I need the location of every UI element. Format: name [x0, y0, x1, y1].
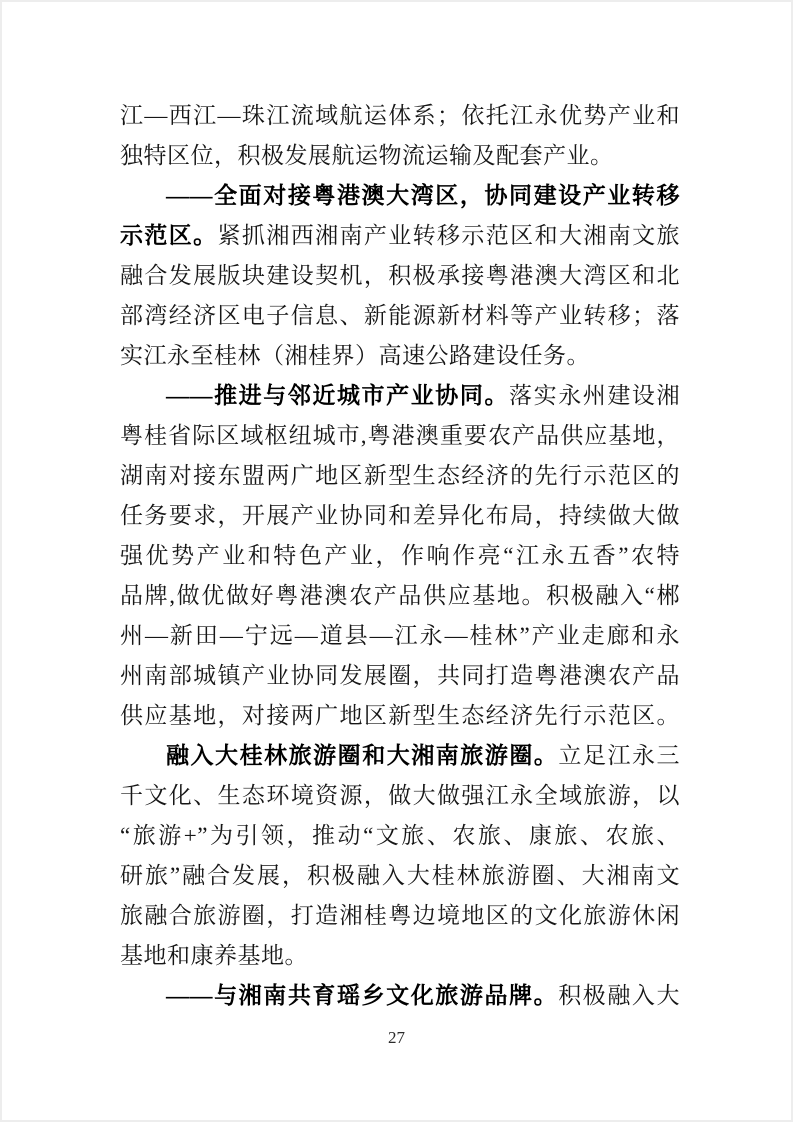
text-segment: 基地和康养基地。	[120, 943, 308, 968]
text-segment: 州—新田—宁远—道县—江永—桂林”产业走廊和永	[120, 623, 680, 648]
text-segment: 任务要求，开展产业协同和差异化布局，持续做大做	[120, 503, 680, 528]
text-line: 品牌,做优做好粤港澳农产品供应基地。积极融入“郴	[120, 576, 680, 616]
page-number: 27	[2, 1028, 791, 1048]
text-line: 旅融合旅游圈，打造湘桂粤边境地区的文化旅游休闲	[120, 896, 680, 936]
heading-segment: 融入大桂林旅游圈和大湘南旅游圈。	[166, 743, 558, 768]
text-segment: 独特区位，积极发展航运物流运输及配套产业。	[120, 143, 614, 168]
text-line: ——推进与邻近城市产业协同。落实永州建设湘	[120, 376, 680, 416]
text-line: 部湾经济区电子信息、新能源新材料等产业转移；落	[120, 296, 680, 336]
text-segment: 供应基地，对接两广地区新型生态经济先行示范区。	[120, 703, 680, 728]
heading-segment: ——推进与邻近城市产业协同。	[166, 383, 509, 408]
text-segment: 研旅”融合发展，积极融入大桂林旅游圈、大湘南文	[120, 863, 680, 888]
text-segment: 融合发展版块建设契机，积极承接粤港澳大湾区和北	[120, 263, 680, 288]
text-segment: 立足江永三	[558, 743, 680, 768]
text-segment: 江—西江—珠江流域航运体系；依托江永优势产业和	[120, 103, 680, 128]
text-block: 江—西江—珠江流域航运体系；依托江永优势产业和独特区位，积极发展航运物流运输及配…	[120, 96, 680, 1016]
text-segment: 部湾经济区电子信息、新能源新材料等产业转移；落	[120, 303, 680, 328]
text-line: ——全面对接粤港澳大湾区，协同建设产业转移	[120, 176, 680, 216]
text-line: 千文化、生态环境资源，做大做强江永全域旅游，以	[120, 776, 680, 816]
text-segment: 州南部城镇产业协同发展圈，共同打造粤港澳农产品	[120, 663, 680, 688]
text-segment: 积极融入大	[558, 983, 680, 1008]
text-segment: “旅游+”为引领，推动“文旅、农旅、康旅、农旅、	[120, 823, 680, 848]
heading-segment: 示范区。	[120, 223, 218, 248]
text-line: 基地和康养基地。	[120, 936, 680, 976]
text-line: 融合发展版块建设契机，积极承接粤港澳大湾区和北	[120, 256, 680, 296]
text-line: 强优势产业和特色产业，作响作亮“江永五香”农特	[120, 536, 680, 576]
text-line: 州南部城镇产业协同发展圈，共同打造粤港澳农产品	[120, 656, 680, 696]
text-line: 研旅”融合发展，积极融入大桂林旅游圈、大湘南文	[120, 856, 680, 896]
text-segment: 落实永州建设湘	[509, 383, 680, 408]
text-line: 示范区。紧抓湘西湘南产业转移示范区和大湘南文旅	[120, 216, 680, 256]
heading-segment: ——全面对接粤港澳大湾区，协同建设产业转移	[166, 183, 680, 208]
text-line: 江—西江—珠江流域航运体系；依托江永优势产业和	[120, 96, 680, 136]
text-line: 独特区位，积极发展航运物流运输及配套产业。	[120, 136, 680, 176]
text-line: 湖南对接东盟两广地区新型生态经济的先行示范区的	[120, 456, 680, 496]
text-segment: 实江永至桂林（湘桂界）高速公路建设任务。	[120, 343, 590, 368]
text-segment: 旅融合旅游圈，打造湘桂粤边境地区的文化旅游休闲	[120, 903, 680, 928]
text-line: 实江永至桂林（湘桂界）高速公路建设任务。	[120, 336, 680, 376]
text-line: “旅游+”为引领，推动“文旅、农旅、康旅、农旅、	[120, 816, 680, 856]
text-segment: 粤桂省际区域枢纽城市,粤港澳重要农产品供应基地，	[120, 423, 680, 448]
heading-segment: ——与湘南共育瑶乡文化旅游品牌。	[166, 983, 558, 1008]
text-segment: 千文化、生态环境资源，做大做强江永全域旅游，以	[120, 783, 680, 808]
text-segment: 强优势产业和特色产业，作响作亮“江永五香”农特	[120, 543, 680, 568]
text-line: 粤桂省际区域枢纽城市,粤港澳重要农产品供应基地，	[120, 416, 680, 456]
text-segment: 品牌,做优做好粤港澳农产品供应基地。积极融入“郴	[120, 583, 680, 608]
text-segment: 湖南对接东盟两广地区新型生态经济的先行示范区的	[120, 463, 680, 488]
text-line: 融入大桂林旅游圈和大湘南旅游圈。立足江永三	[120, 736, 680, 776]
text-segment: 紧抓湘西湘南产业转移示范区和大湘南文旅	[218, 223, 680, 248]
document-page: 江—西江—珠江流域航运体系；依托江永优势产业和独特区位，积极发展航运物流运输及配…	[0, 0, 793, 1122]
text-line: 州—新田—宁远—道县—江永—桂林”产业走廊和永	[120, 616, 680, 656]
text-line: ——与湘南共育瑶乡文化旅游品牌。积极融入大	[120, 976, 680, 1016]
text-line: 供应基地，对接两广地区新型生态经济先行示范区。	[120, 696, 680, 736]
text-line: 任务要求，开展产业协同和差异化布局，持续做大做	[120, 496, 680, 536]
